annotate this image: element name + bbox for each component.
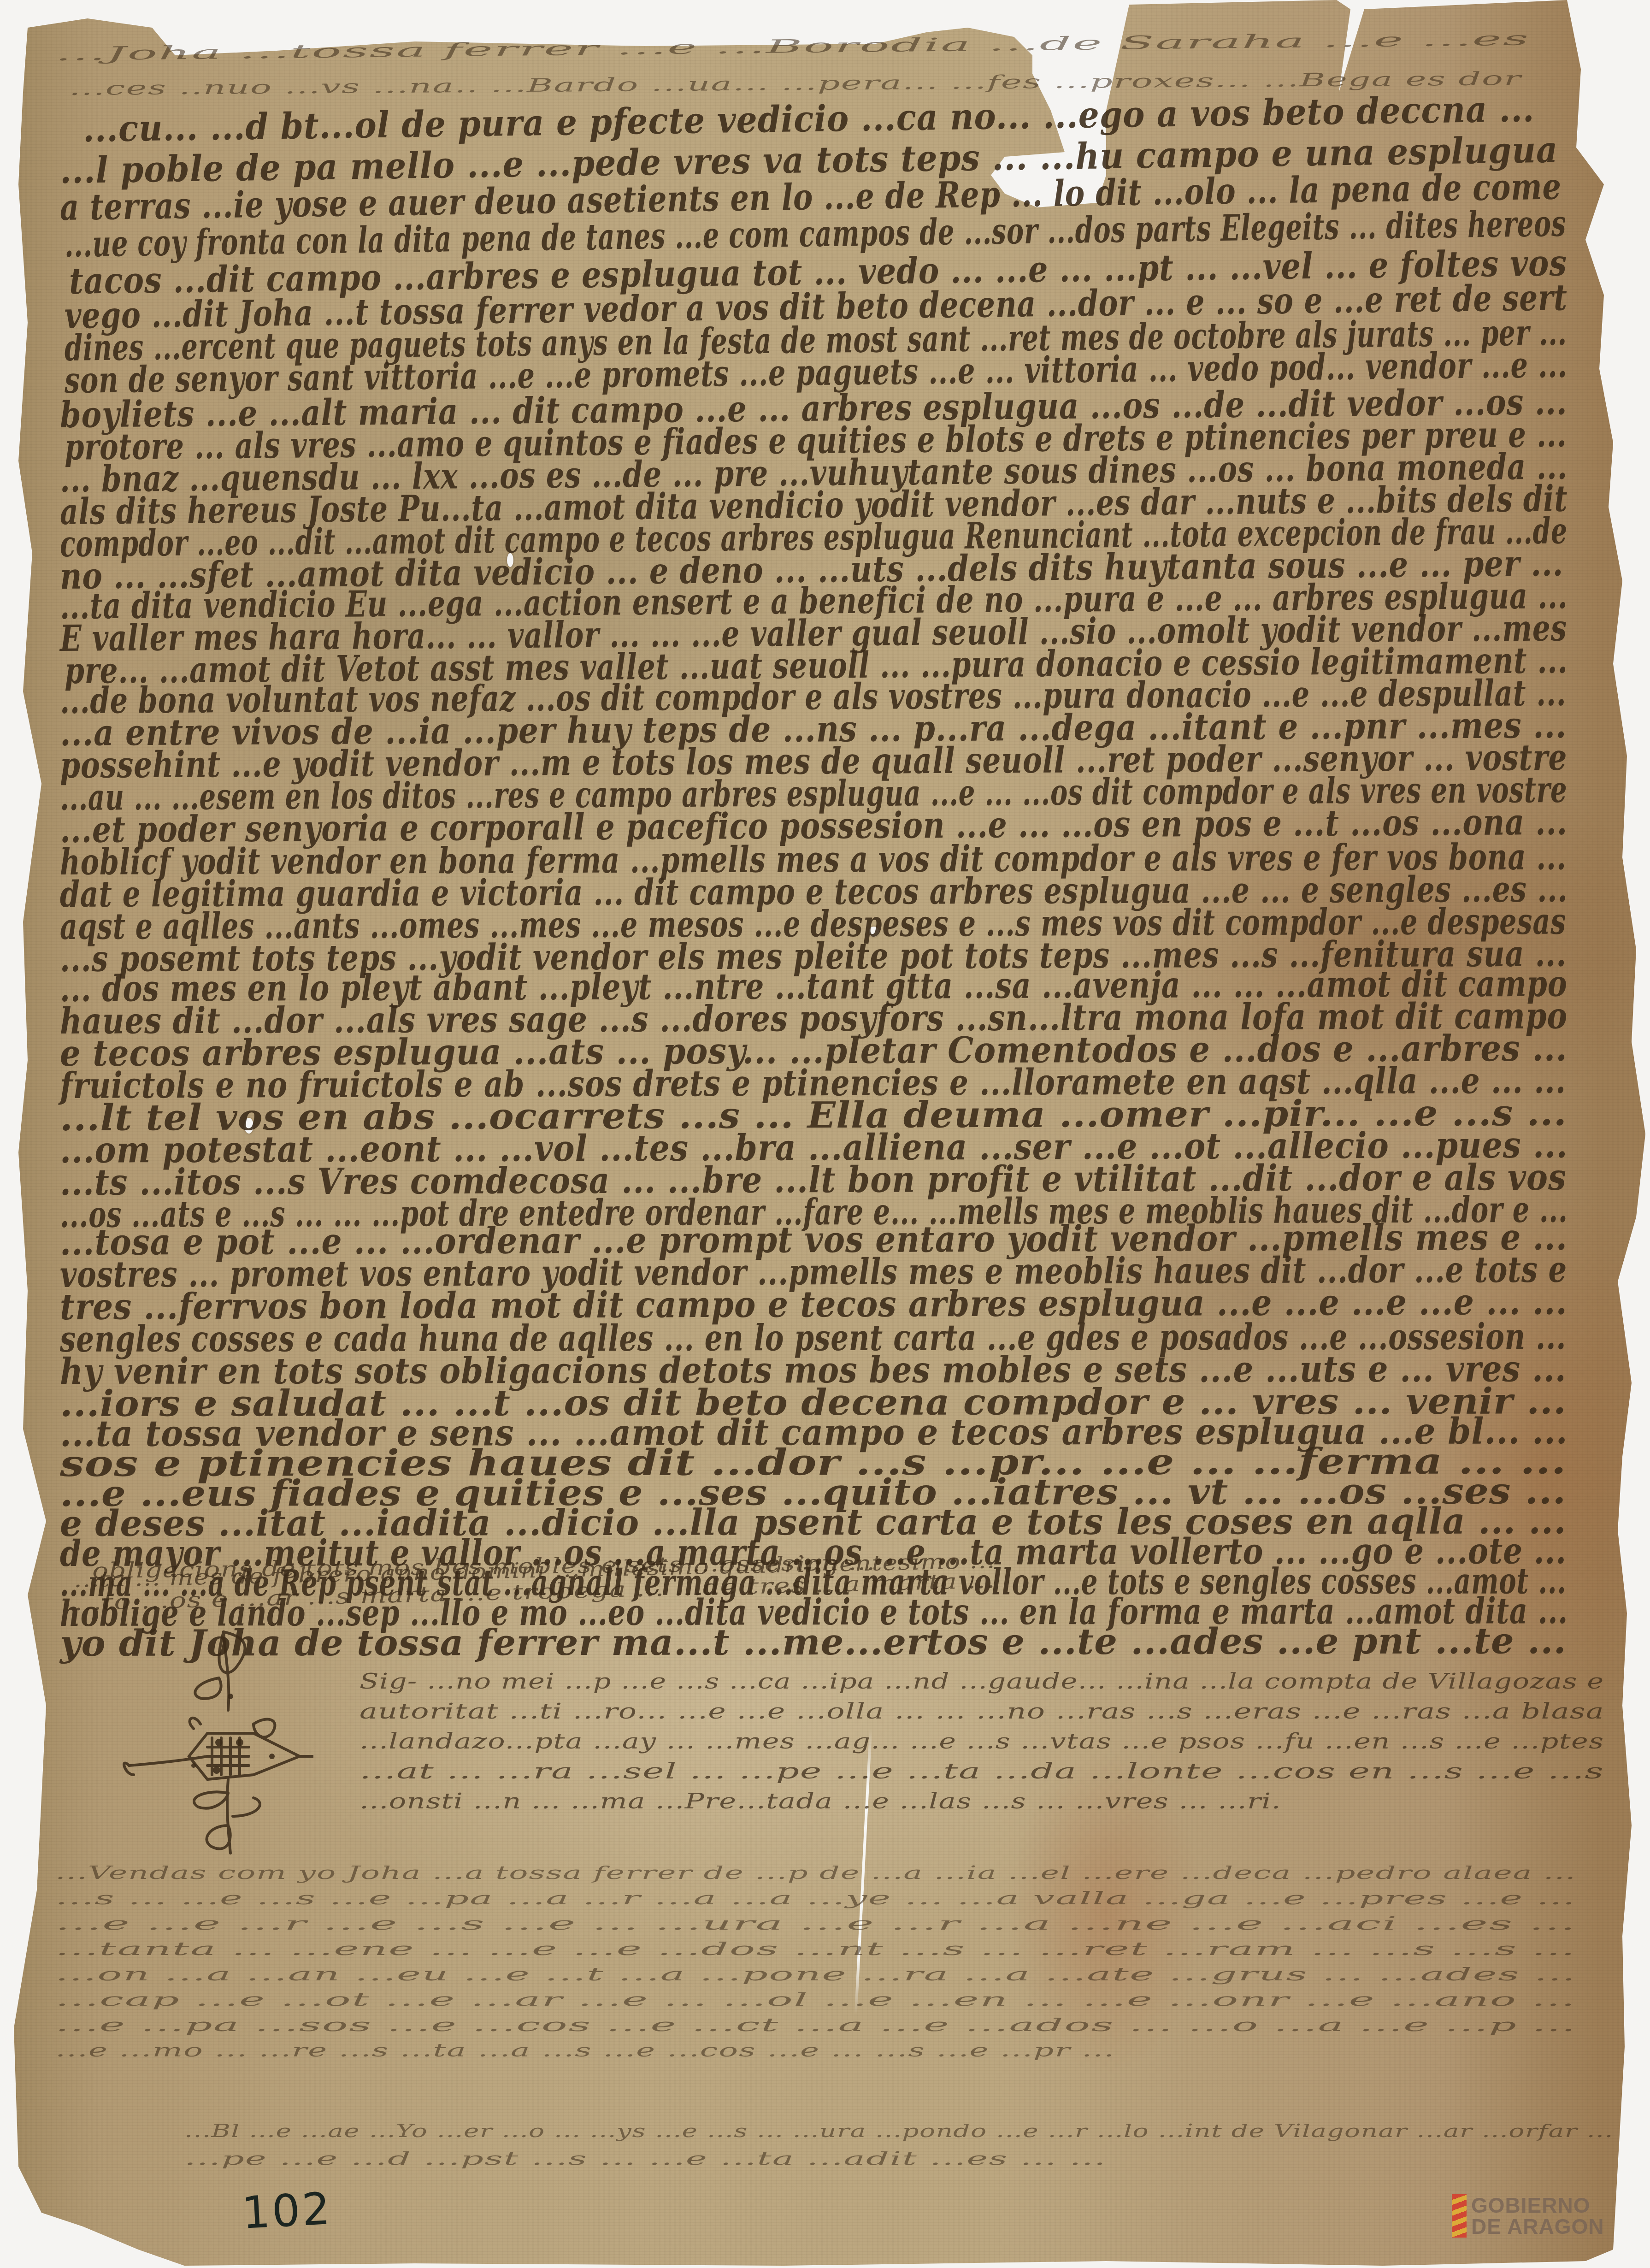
notarial-sign-icon	[120, 1623, 313, 1862]
notary-subscription-line: Sig- ...no mei ...p ...e ...s ...ca ...i…	[359, 1669, 1604, 1694]
notary-subscription-line: ...onsti ...n ... ...ma ...Pre...tada ..…	[359, 1789, 1281, 1813]
lower-text-line: ...on ...a ...an ...eu ...e ...t ...a ..…	[55, 1964, 1576, 1985]
lower-text-line: ...tanta ... ...ene ... ...e ...e ...dos…	[55, 1938, 1576, 1960]
lower-text-line: ...cap ...e ...ot ...e ...ar ...e ... ..…	[55, 1989, 1576, 2010]
lower-text-line: ...e ...mo ... ...re ...s ...ta ...a ...…	[55, 2040, 1115, 2061]
watermark-line-2: DE ARAGON	[1471, 2216, 1604, 2237]
watermark-text: GOBIERNO DE ARAGON	[1471, 2195, 1604, 2237]
scan-background: ...Joha ...tossa ferrer ...e ...Borodia …	[0, 0, 1650, 2268]
lower-text-line: ...e ...e ...r ...e ...s ...e ... ...ura…	[55, 1913, 1576, 1934]
lower-text-line: ...s ... ...e ...s ...e ...pa ...a ...r …	[55, 1888, 1576, 1909]
notary-subscription-line: ...landazo...pta ...ay ... ...mes ...ag.…	[359, 1729, 1604, 1754]
witness-line: ...Bl ...e ...ae ...Yo ...er ...o ... ..…	[184, 2120, 1614, 2142]
aragon-flag-icon	[1452, 2194, 1467, 2238]
witness-line: ...pe ...e ...d ...pst ...s ... ...e ...…	[184, 2148, 1106, 2169]
lower-text-line: ...e ...pa ...sos ...e ...cos ...e ...ct…	[55, 2014, 1576, 2036]
watermark-line-1: GOBIERNO	[1471, 2195, 1604, 2216]
lower-text-line: ...Vendas com yo Joha ...a tossa ferrer …	[55, 1862, 1576, 1884]
notary-subscription-line: ...at ... ...ra ...sel ... ...pe ...e ..…	[359, 1759, 1604, 1784]
gobierno-de-aragon-watermark: GOBIERNO DE ARAGON	[1452, 2194, 1604, 2238]
notary-subscription-line: autoritat ...ti ...ro... ...e ...e ...ol…	[359, 1699, 1604, 1724]
archival-number: 102	[241, 2183, 333, 2239]
